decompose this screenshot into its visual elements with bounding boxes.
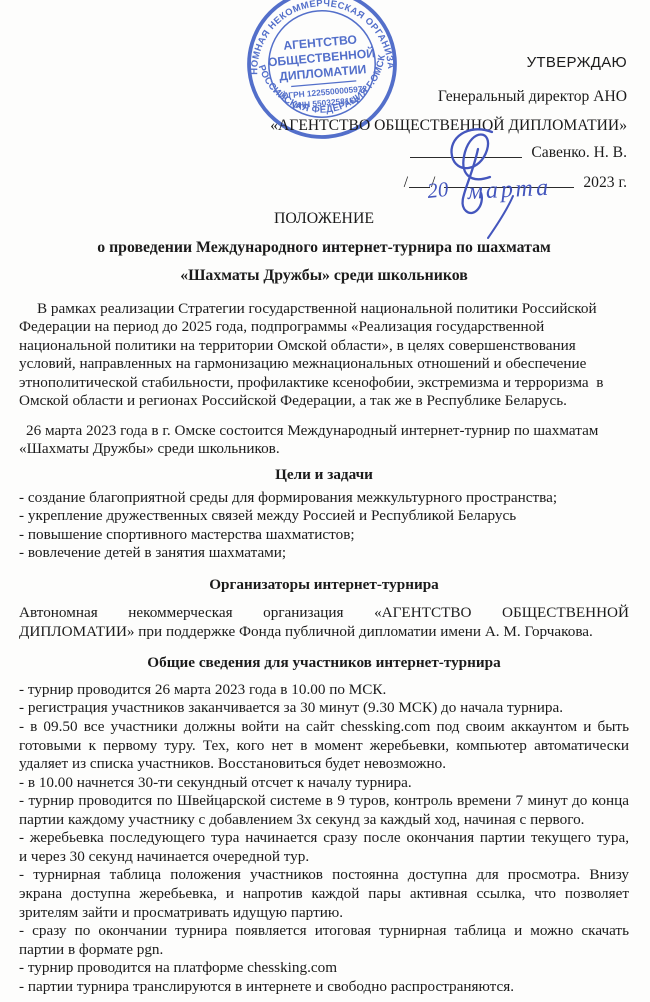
document-page: АВТОНОМНАЯ НЕКОММЕРЧЕСКАЯ ОРГАНИЗАЦИЯ ★ … <box>0 0 650 1002</box>
text-line: условий, направленных на гармонизацию ме… <box>19 355 629 374</box>
approval-label: УТВЕРЖДАЮ <box>270 54 627 71</box>
text-line: 26 марта 2023 года в г. Омске состоится … <box>19 422 629 441</box>
date-year: 2023 г. <box>583 174 627 191</box>
date-row: //2023 г. <box>270 174 627 192</box>
document-body: ПОЛОЖЕНИЕ о проведении Международного ин… <box>19 210 629 996</box>
list-item: - сразу по окончании турнира появляется … <box>19 922 629 959</box>
list-item: - укрепление дружественных связей между … <box>19 507 629 526</box>
list-item: - в 10.00 начнется 30-ти секундный отсче… <box>19 774 629 793</box>
general-info-list: - турнир проводится 26 марта 2023 года в… <box>19 681 629 996</box>
text-line: партии в формате pgn. <box>19 941 629 960</box>
text-line: партии каждому участнику с добавлением 3… <box>19 811 629 830</box>
list-item: - вовлечение детей в занятия шахматами; <box>19 544 629 563</box>
text-line: В рамках реализации Стратегии государств… <box>19 300 629 319</box>
text-line: экрана доступна жеребьевка, и напротив к… <box>19 885 629 904</box>
text-line: Автономная некоммерческая организация «А… <box>19 604 629 623</box>
text-line: и через 30 секунд начинается очередной т… <box>19 848 629 867</box>
list-item: - турнирная таблица положения участников… <box>19 866 629 922</box>
text-line: - турнир проводится на платформе chesski… <box>19 959 629 978</box>
goals-list: - создание благоприятной среды для форми… <box>19 489 629 563</box>
list-item: - в 09.50 все участники должны войти на … <box>19 718 629 774</box>
date-day-line <box>409 174 430 188</box>
date-month-line <box>444 174 574 188</box>
list-item: - создание благоприятной среды для форми… <box>19 489 629 508</box>
text-line: этнополитической стабильности, профилакт… <box>19 374 629 393</box>
date-slash: / <box>404 174 408 191</box>
organizers-paragraph: Автономная некоммерческая организация «А… <box>19 604 629 641</box>
signature-line <box>410 144 522 158</box>
organizers-heading: Организаторы интернет-турнира <box>19 576 629 595</box>
text-line: «Шахматы Дружбы» среди школьников. <box>19 440 629 459</box>
text-line: удаляет из списка участников. Восстанови… <box>19 755 629 774</box>
doc-title-line2: «Шахматы Дружбы» среди школьников <box>19 267 629 286</box>
text-line: Федерации на период до 2025 года, подпро… <box>19 318 629 337</box>
text-line: - турнирная таблица положения участников… <box>19 866 629 885</box>
signature-row: Савенко. Н. В. <box>270 144 627 162</box>
text-line: - сразу по окончании турнира появляется … <box>19 922 629 941</box>
intro-paragraph-2: 26 марта 2023 года в г. Омске состоится … <box>19 422 629 459</box>
text-line: готовыми к первому туру. Тех, кого нет в… <box>19 737 629 756</box>
doc-type-title: ПОЛОЖЕНИЕ <box>19 210 629 229</box>
list-item: - турнир проводится на платформе chesski… <box>19 959 629 978</box>
approval-director-line: Генеральный директор АНО <box>270 88 627 106</box>
doc-title-line1: о проведении Международного интернет-тур… <box>19 239 629 258</box>
text-line: - в 09.50 все участники должны войти на … <box>19 718 629 737</box>
text-line: - в 10.00 начнется 30-ти секундный отсче… <box>19 774 629 793</box>
text-line: ДИПЛОМАТИИ» при поддержке Фонда публично… <box>19 623 629 642</box>
list-item: - повышение спортивного мастерства шахма… <box>19 526 629 545</box>
text-line: зрителям зайти и просматривать идущую па… <box>19 904 629 923</box>
general-info-heading: Общие сведения для участников интернет-т… <box>19 654 629 673</box>
text-line: - жеребьевка последующего тура начинаетс… <box>19 829 629 848</box>
approval-org-line: «АГЕНТСТВО ОБЩЕСТВЕННОЙ ДИПЛОМАТИИ» <box>270 117 627 135</box>
list-item: - жеребьевка последующего тура начинаетс… <box>19 829 629 866</box>
text-line: - регистрация участников заканчивается з… <box>19 699 629 718</box>
list-item: - турнир проводится 26 марта 2023 года в… <box>19 681 629 700</box>
approval-block: УТВЕРЖДАЮ Генеральный директор АНО «АГЕН… <box>270 54 627 192</box>
text-line: - турнир проводится 26 марта 2023 года в… <box>19 681 629 700</box>
list-item: - регистрация участников заканчивается з… <box>19 699 629 718</box>
list-item: - турнир проводится по Швейцарской систе… <box>19 792 629 829</box>
text-line: Омской области и регионах Российской Фед… <box>19 392 629 411</box>
date-slash: / <box>431 174 435 191</box>
list-item: - партии турнира транслируются в интерне… <box>19 978 629 997</box>
intro-paragraph-1: В рамках реализации Стратегии государств… <box>19 300 629 411</box>
signee-name: Савенко. Н. В. <box>531 144 627 161</box>
text-line: - партии турнира транслируются в интерне… <box>19 978 629 997</box>
goals-heading: Цели и задачи <box>19 466 629 485</box>
text-line: национальной политики на территории Омск… <box>19 337 629 356</box>
text-line: - турнир проводится по Швейцарской систе… <box>19 792 629 811</box>
